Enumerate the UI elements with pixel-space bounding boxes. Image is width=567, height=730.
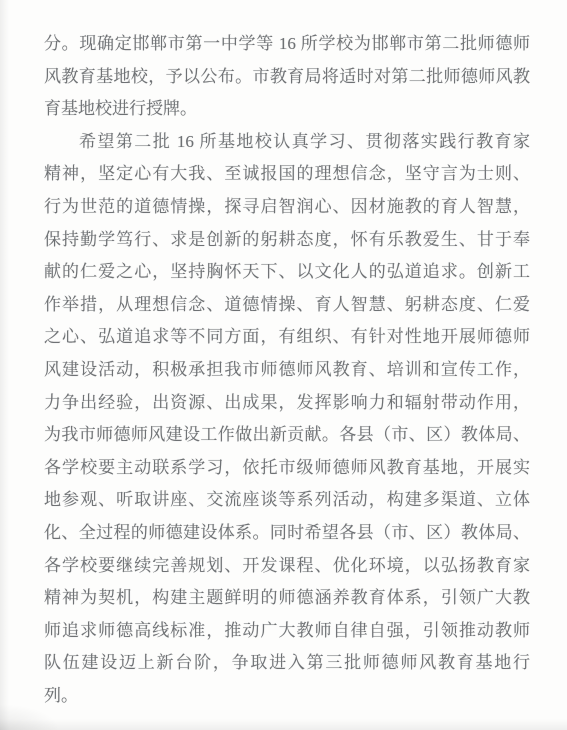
document-text-block: 分。现确定邯郸市第一中学等 16 所学校为邯郸市第二批师德师 风教育基地校，予以… [44, 28, 530, 712]
document-text-line: 作举措，从理想信念、道德情操、育人智慧、躬耕态度、仁爱 [44, 289, 530, 322]
document-text-line: 地参观、听取讲座、交流座谈等系列活动，构建多渠道、立体 [44, 484, 530, 517]
document-text-line: 希望第二批 16 所基地校认真学习、贯彻落实践行教育家 [44, 126, 530, 159]
document-text-line: 风教育基地校，予以公布。市教育局将适时对第二批师德师风教 [44, 61, 530, 94]
document-text-line: 之心、弘道追求等不同方面，有组织、有针对性地开展师德师 [44, 321, 530, 354]
document-text-line: 献的仁爱之心，坚持胸怀天下、以文化人的弘道追求。创新工 [44, 256, 530, 289]
scan-shadow-left-edge [0, 0, 9, 730]
document-text-line: 各学校要继续完善规划、开发课程、优化环境，以弘扬教育家 [44, 550, 530, 583]
document-text-line: 为我市师德师风建设工作做出新贡献。各县（市、区）教体局、 [44, 419, 530, 452]
document-text-line: 精神为契机，构建主题鲜明的师德涵养教育体系，引领广大教 [44, 582, 530, 615]
document-text-line: 精神，坚定心有大我、至诚报国的理想信念，坚守言为士则、 [44, 158, 530, 191]
document-text-line: 分。现确定邯郸市第一中学等 16 所学校为邯郸市第二批师德师 [44, 28, 530, 61]
document-text-line: 各学校要主动联系学习，依托市级师德师风教育基地，开展实 [44, 452, 530, 485]
document-text-line: 风建设活动，积极承担我市师德师风教育、培训和宣传工作， [44, 354, 530, 387]
document-page: 分。现确定邯郸市第一中学等 16 所学校为邯郸市第二批师德师 风教育基地校，予以… [0, 0, 567, 730]
document-text-line: 育基地校进行授牌。 [44, 93, 530, 126]
document-text-line: 行为世范的道德情操，探寻启智润心、因材施教的育人智慧， [44, 191, 530, 224]
scan-shadow-bottom-edge [0, 719, 567, 730]
document-text-line: 队伍建设迈上新台阶，争取进入第三批师德师风教育基地行 [44, 647, 530, 680]
document-text-line: 师追求师德高线标准，推动广大教师自律自强，引领推动教师 [44, 615, 530, 648]
document-text-line: 保持勤学笃行、求是创新的躬耕态度，怀有乐教爱生、甘于奉 [44, 224, 530, 257]
document-text-line: 力争出经验，出资源、出成果，发挥影响力和辐射带动作用， [44, 387, 530, 420]
document-text-line: 化、全过程的师德建设体系。同时希望各县（市、区）教体局、 [44, 517, 530, 550]
document-text-line: 列。 [44, 680, 530, 713]
